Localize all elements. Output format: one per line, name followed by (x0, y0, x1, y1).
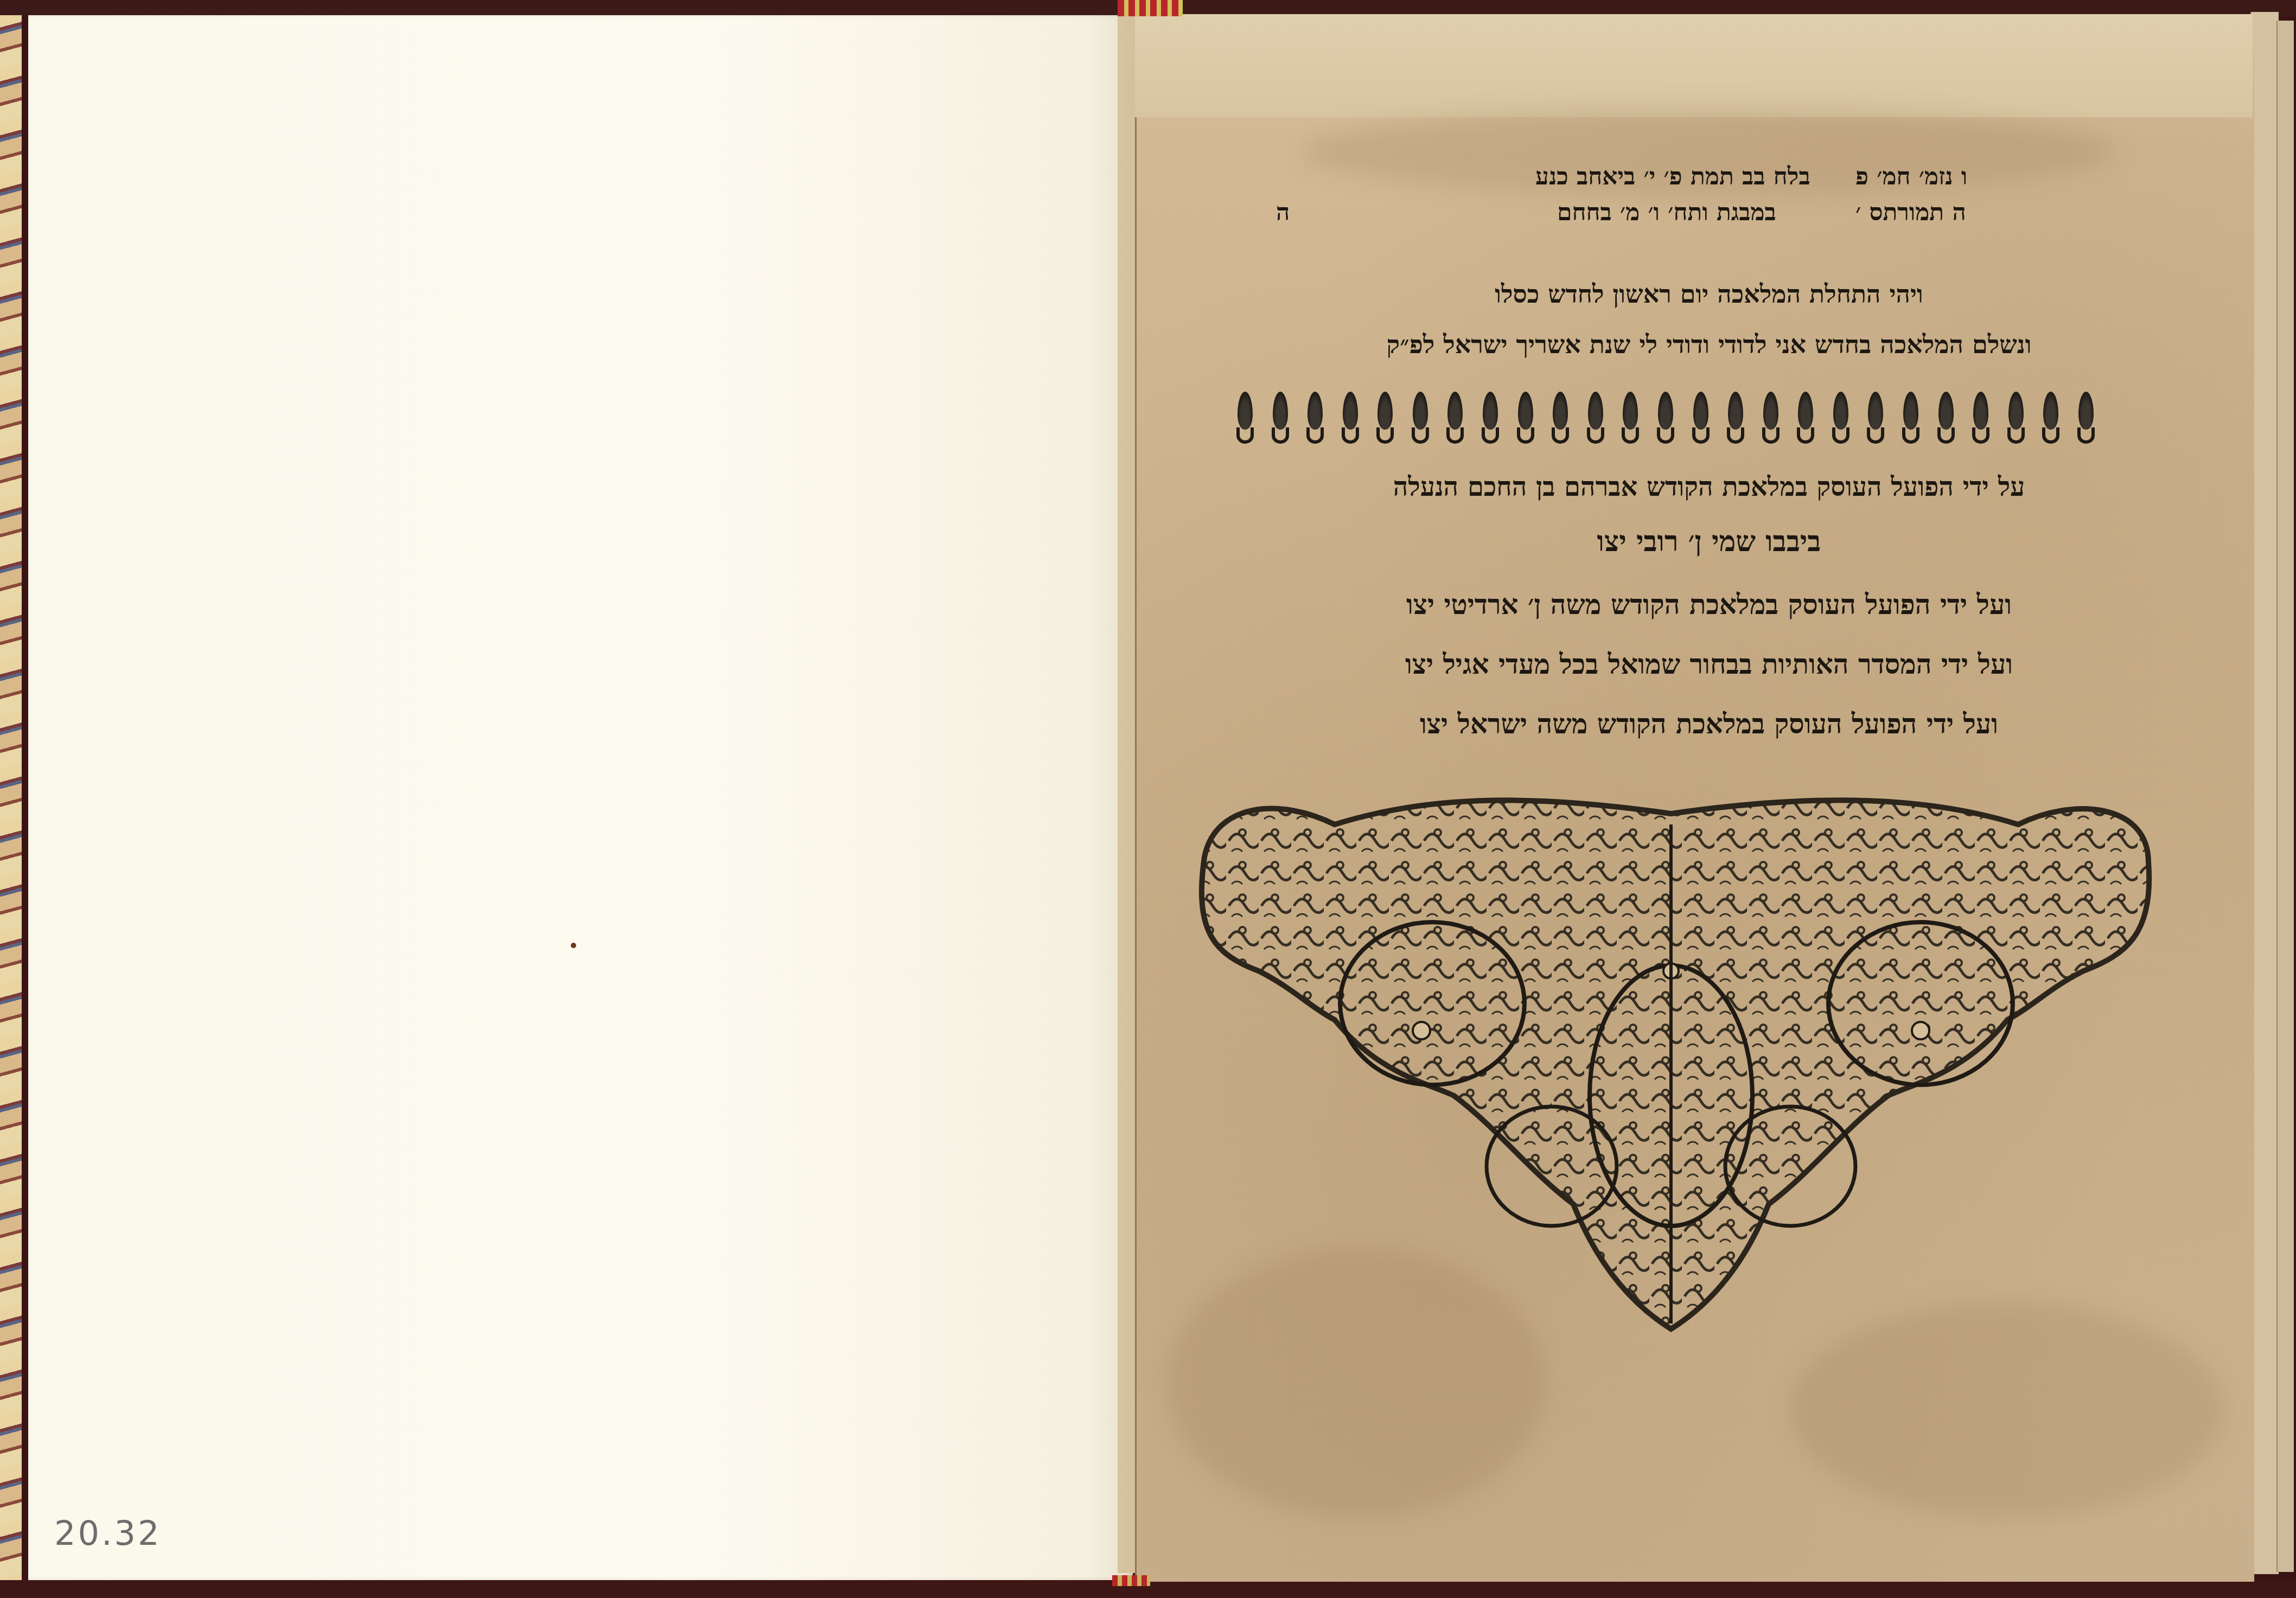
colophon-line-4: ביבבו שמי ן׳ רובי יצו (1210, 525, 2208, 558)
headband-bottom (1112, 1575, 1150, 1586)
water-stain (1790, 1302, 2224, 1519)
acorn-fleuron-icon (1900, 392, 1922, 446)
colophon-line-2: ונשלם המלאכה בחדש אני לדודי ודודי לי שנת… (1210, 330, 2208, 359)
colophon-line-5: ועל ידי הפועל העוסק במלאכת הקודש משה ן׳ … (1210, 589, 2208, 621)
acorn-fleuron-icon (1585, 392, 1606, 446)
marbled-endpaper-edge (0, 15, 22, 1580)
acorn-fleuron-icon (2040, 392, 2062, 446)
headband-top (1118, 0, 1183, 16)
page-stack-edge (2276, 21, 2294, 1572)
header-right-line-1: ו נזמ׳ חמ׳ פ (1855, 163, 1967, 190)
paper-speck (571, 943, 576, 948)
colophon-line-1: ויהי התחלת המלאכה יום ראשון לחדש כסלו (1210, 279, 2208, 309)
acorn-fleuron-icon (1970, 392, 1992, 446)
shelfmark-pencil-note: 20.32 (54, 1513, 162, 1553)
colophon-line-6: ועל ידי המסדר האותיות בבחור שמואל בכל מע… (1210, 648, 2208, 680)
acorn-fleuron-icon (1619, 392, 1641, 446)
paper-repair-strip (1135, 14, 2253, 117)
acorn-fleuron-icon (1410, 392, 1431, 446)
header-center-line-1: בלח בב תמת פ׳ י׳ ביאחב כנע (1535, 163, 1810, 190)
acorn-fleuron-icon (1830, 392, 1852, 446)
header-left-mark: ה (1276, 199, 1290, 226)
left-page-flyleaf (28, 15, 1133, 1580)
acorn-fleuron-icon (2005, 392, 2027, 446)
page-stack-edge (2250, 12, 2279, 1574)
acorn-fleuron-icon (1865, 392, 1886, 446)
acorn-fleuron-icon (1444, 392, 1466, 446)
acorn-fleuron-icon (1935, 392, 1957, 446)
floral-vignette-ornament (1194, 792, 2159, 1334)
acorn-ornament-row (1234, 386, 2097, 446)
header-right-line-2: ה תמורתס ׳ (1855, 199, 1966, 226)
acorn-fleuron-icon (1479, 392, 1501, 446)
acorn-fleuron-icon (1725, 392, 1746, 446)
acorn-fleuron-icon (1549, 392, 1571, 446)
colophon-line-3: על ידי הפועל העוסק במלאכת הקודש אברהם בן… (1210, 472, 2208, 502)
acorn-fleuron-icon (1760, 392, 1782, 446)
acorn-fleuron-icon (1515, 392, 1536, 446)
acorn-fleuron-icon (1374, 392, 1396, 446)
acorn-fleuron-icon (1234, 392, 1256, 446)
acorn-fleuron-icon (1304, 392, 1326, 446)
acorn-fleuron-icon (1795, 392, 1816, 446)
acorn-fleuron-icon (1270, 392, 1291, 446)
acorn-fleuron-icon (1655, 392, 1676, 446)
acorn-fleuron-icon (2075, 392, 2097, 446)
header-center-line-2: במבגת ותח׳ ו׳ מ׳ בחחם (1557, 199, 1776, 226)
acorn-fleuron-icon (1340, 392, 1361, 446)
acorn-fleuron-icon (1690, 392, 1712, 446)
colophon-line-7: ועל ידי הפועל העוסק במלאכת הקודש משה ישר… (1210, 708, 2208, 740)
